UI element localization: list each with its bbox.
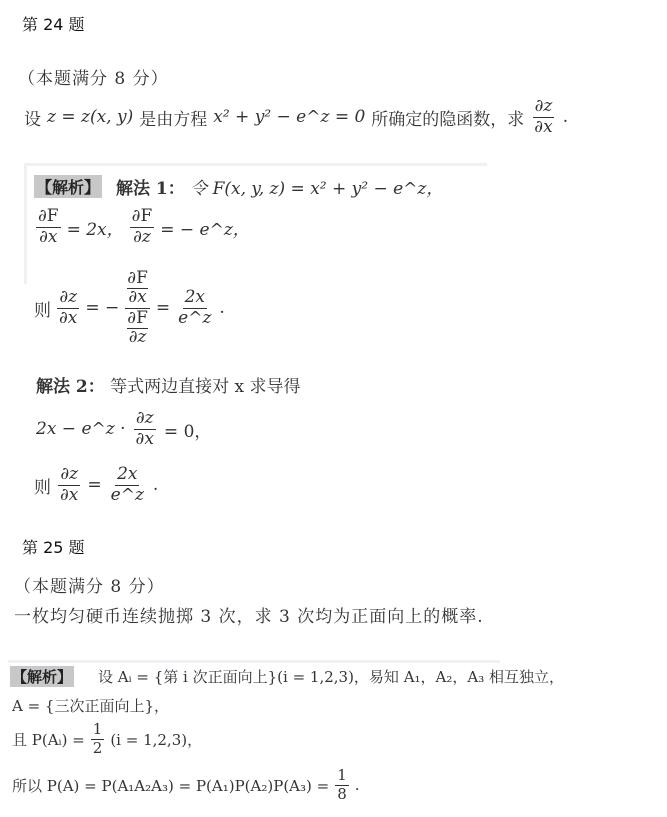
frac-den: ∂x <box>37 228 59 247</box>
question-25-problem: 一枚均匀硬币连续抛掷 3 次，求 3 次均为正面向上的概率. <box>14 602 484 627</box>
frac-den: 2 <box>91 740 105 757</box>
q24-analysis-line4: 解法 2： 等式两边直接对 x 求导得 <box>36 372 301 397</box>
analysis-tag: 【解析】 <box>34 175 102 198</box>
frac-num: ∂z <box>57 289 79 309</box>
period: . <box>153 475 158 495</box>
target-derivative: ∂z ∂x <box>532 98 554 137</box>
dz-dx: ∂z ∂x <box>134 410 156 449</box>
problem-suffix: 所确定的隐函数，求 <box>371 105 524 130</box>
dz-dx: ∂z ∂x <box>57 289 79 328</box>
equals: = <box>156 298 170 318</box>
q25-analysis-line2: A = {三次正面向上}， <box>12 695 169 716</box>
frac-den: ∂x <box>58 486 80 505</box>
then-prefix: 则 <box>34 473 51 498</box>
period: . <box>355 776 360 794</box>
frac-den: ∂x <box>128 289 146 307</box>
result-fraction: 2x e^z <box>176 289 213 328</box>
method2-label: 解法 2： <box>36 377 105 397</box>
frac-num: ∂F <box>36 208 61 228</box>
q25-analysis-line1: 【解析】 设 Aᵢ = {第 i 次正面向上}(i = 1,2,3)，易知 A₁… <box>10 666 564 687</box>
frac-den: ∂z <box>129 329 147 347</box>
question-24-problem: 设 z = z(x, y) 是由方程 x² + y² − e^z = 0 所确定… <box>24 98 568 137</box>
q24-analysis-line2: ∂F ∂x = 2x， ∂F ∂z = − e^z， <box>34 208 250 247</box>
partial-f-x-value: = 2x， <box>67 215 124 240</box>
analysis-tag: 【解析】 <box>10 666 74 687</box>
result-fraction: 2x e^z <box>109 466 146 505</box>
frac-den: 8 <box>335 786 349 803</box>
one-eighth: 1 8 <box>335 768 349 803</box>
frac-num: ∂F <box>130 208 155 228</box>
q24-analysis-line5: 2x − e^z · ∂z ∂x = 0， <box>36 410 211 449</box>
method2-text: 等式两边直接对 x 求导得 <box>110 377 300 397</box>
frac-num: ∂z <box>533 98 555 118</box>
analysis-text: 设 Aᵢ = {第 i 次正面向上}(i = 1,2,3)，易知 A₁，A₂，A… <box>98 666 564 687</box>
compound-den: ∂F ∂z <box>125 309 150 347</box>
prob-prefix: 且 P(Aᵢ) = <box>12 729 85 750</box>
frac-num: 2x <box>115 466 139 486</box>
frac-num: ∂F <box>127 310 148 329</box>
q24-analysis-line6: 则 ∂z ∂x = 2x e^z . <box>34 466 158 505</box>
problem-z-def: z = z(x, y) <box>47 107 133 127</box>
problem-mid: 是由方程 <box>139 105 207 130</box>
question-25-heading: 第 25 题 <box>22 535 85 558</box>
problem-end: . <box>563 107 568 127</box>
compound-fraction: ∂F ∂x ∂F ∂z <box>125 270 150 346</box>
problem-prefix: 设 <box>24 105 41 130</box>
dz-dx: ∂z ∂x <box>58 466 80 505</box>
equals-minus: = − <box>85 298 119 318</box>
partial-f-z-value: = − e^z， <box>160 215 250 240</box>
q25-analysis-line3: 且 P(Aᵢ) = 1 2 (i = 1,2,3)， <box>12 722 202 757</box>
equals: = <box>87 475 101 495</box>
method1-label: 解法 1： <box>116 179 185 199</box>
one-half: 1 2 <box>91 722 105 757</box>
then-prefix: 则 <box>34 296 51 321</box>
problem-equation: x² + y² − e^z = 0 <box>213 107 365 127</box>
method1-text: 令 F(x, y, z) = x² + y² − e^z， <box>190 179 443 199</box>
frac-den: ∂x <box>532 118 554 137</box>
frac-num: ∂z <box>134 410 156 430</box>
frac-den: e^z <box>176 309 213 328</box>
compound-num: ∂F ∂x <box>125 270 150 309</box>
frac-den: ∂x <box>134 430 156 449</box>
prob-product: 所以 P(A) = P(A₁A₂A₃) = P(A₁)P(A₂)P(A₃) = <box>12 775 329 796</box>
frac-den: e^z <box>109 486 146 505</box>
prob-suffix: (i = 1,2,3)， <box>110 729 202 750</box>
frac-num: 1 <box>91 722 105 740</box>
period: . <box>219 298 224 318</box>
partial-f-x: ∂F ∂x <box>36 208 61 247</box>
equation-lhs: 2x − e^z · <box>36 419 126 439</box>
frac-num: 1 <box>335 768 349 786</box>
question-25-score: （本题满分 8 分） <box>14 572 165 597</box>
q24-analysis-line1: 【解析】 解法 1： 令 F(x, y, z) = x² + y² − e^z， <box>34 174 443 199</box>
equation-rhs: = 0， <box>164 417 211 442</box>
question-24-score: （本题满分 8 分） <box>18 64 169 89</box>
q25-analysis-line4: 所以 P(A) = P(A₁A₂A₃) = P(A₁)P(A₂)P(A₃) = … <box>12 768 360 803</box>
frac-den: ∂z <box>131 228 153 247</box>
frac-num: ∂z <box>58 466 80 486</box>
frac-num: 2x <box>183 289 207 309</box>
partial-f-z: ∂F ∂z <box>130 208 155 247</box>
question-24-heading: 第 24 题 <box>22 12 85 35</box>
q24-analysis-line3: 则 ∂z ∂x = − ∂F ∂x ∂F ∂z = 2x e^z . <box>34 270 225 346</box>
frac-den: ∂x <box>57 309 79 328</box>
